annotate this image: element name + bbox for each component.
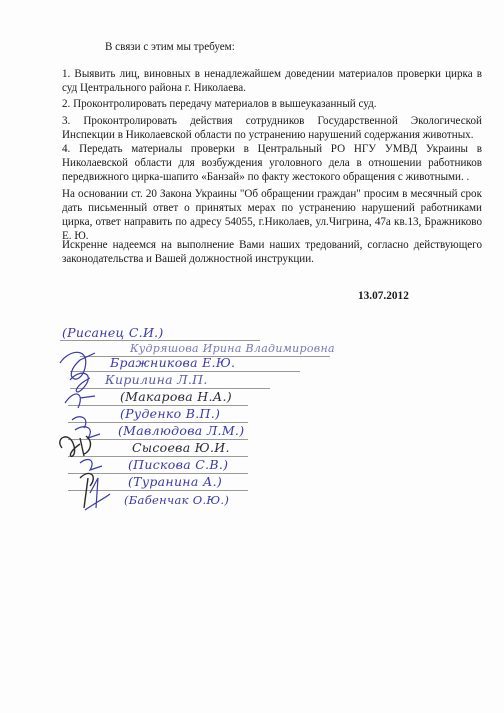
signature-2: Кудряшова Ирина Владимировна bbox=[130, 342, 335, 356]
signature-scribbles-icon bbox=[50, 318, 140, 518]
demand-item-4: 4. Передать материалы проверки в Централ… bbox=[62, 142, 482, 184]
demand-item-2: 2. Проконтролировать передачу материалов… bbox=[62, 97, 482, 111]
signature-9: (Пискова С.В.) bbox=[128, 458, 228, 472]
demand-item-3: 3. Проконтролировать действия сотруднико… bbox=[62, 114, 482, 142]
document-date: 13.07.2012 bbox=[358, 289, 409, 303]
intro-line: В связи с этим мы требуем: bbox=[105, 40, 504, 54]
scanned-letter-page: В связи с этим мы требуем: 1. Выявить ли… bbox=[0, 0, 504, 713]
signature-8: Сысоева Ю.И. bbox=[132, 441, 230, 455]
signature-10: (Туранина А.) bbox=[128, 475, 222, 489]
closing-paragraph: Искренне надеемся на выполнение Вами наш… bbox=[62, 238, 482, 266]
demand-item-1: 1. Выявить лиц, виновных в ненадлежайшем… bbox=[62, 67, 482, 95]
legal-basis-paragraph: На основании ст. 20 Закона Украины "Об о… bbox=[62, 187, 482, 243]
signatures-block: (Рисанец С.И.) Кудряшова Ирина Владимиро… bbox=[50, 318, 370, 518]
